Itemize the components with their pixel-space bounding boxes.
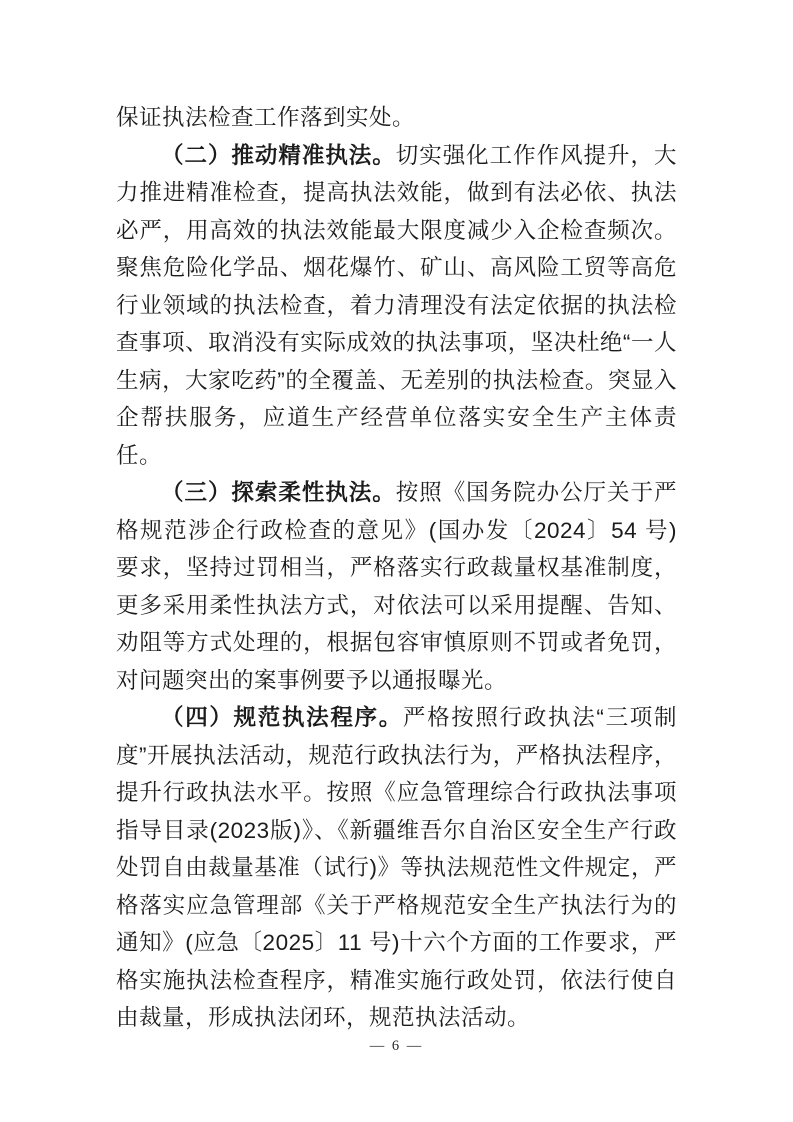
section-3-text: 按照《国务院办公厅关于严格规范涉企行政检查的意见》(国办发〔2024〕54 号)… (116, 480, 677, 693)
paragraph-section-3: （三）探索柔性执法。按照《国务院办公厅关于严格规范涉企行政检查的意见》(国办发〔… (116, 474, 677, 699)
section-4-heading: （四）规范执法程序。 (161, 705, 403, 730)
page-number: — 6 — (0, 1038, 793, 1055)
document-body: 保证执法检查工作落到实处。 （二）推动精准执法。切实强化工作作风提升，大力推进精… (116, 99, 677, 1037)
section-2-text: 切实强化工作作风提升，大力推进精准检查，提高执法效能，做到有法必依、执法必严，用… (116, 143, 677, 468)
document-page: 保证执法检查工作落到实处。 （二）推动精准执法。切实强化工作作风提升，大力推进精… (0, 0, 793, 1122)
section-3-heading: （三）探索柔性执法。 (161, 480, 396, 505)
paragraph-section-2: （二）推动精准执法。切实强化工作作风提升，大力推进精准检查，提高执法效能，做到有… (116, 137, 677, 475)
section-2-heading: （二）推动精准执法。 (161, 143, 396, 168)
paragraph-section-4: （四）规范执法程序。严格按照行政执法“三项制度”开展执法活动，规范行政执法行为，… (116, 699, 677, 1037)
paragraph-continuation-text: 保证执法检查工作落到实处。 (116, 105, 415, 130)
paragraph-continuation: 保证执法检查工作落到实处。 (116, 99, 677, 137)
section-4-text: 严格按照行政执法“三项制度”开展执法活动，规范行政执法行为，严格执法程序，提升行… (116, 705, 677, 1030)
